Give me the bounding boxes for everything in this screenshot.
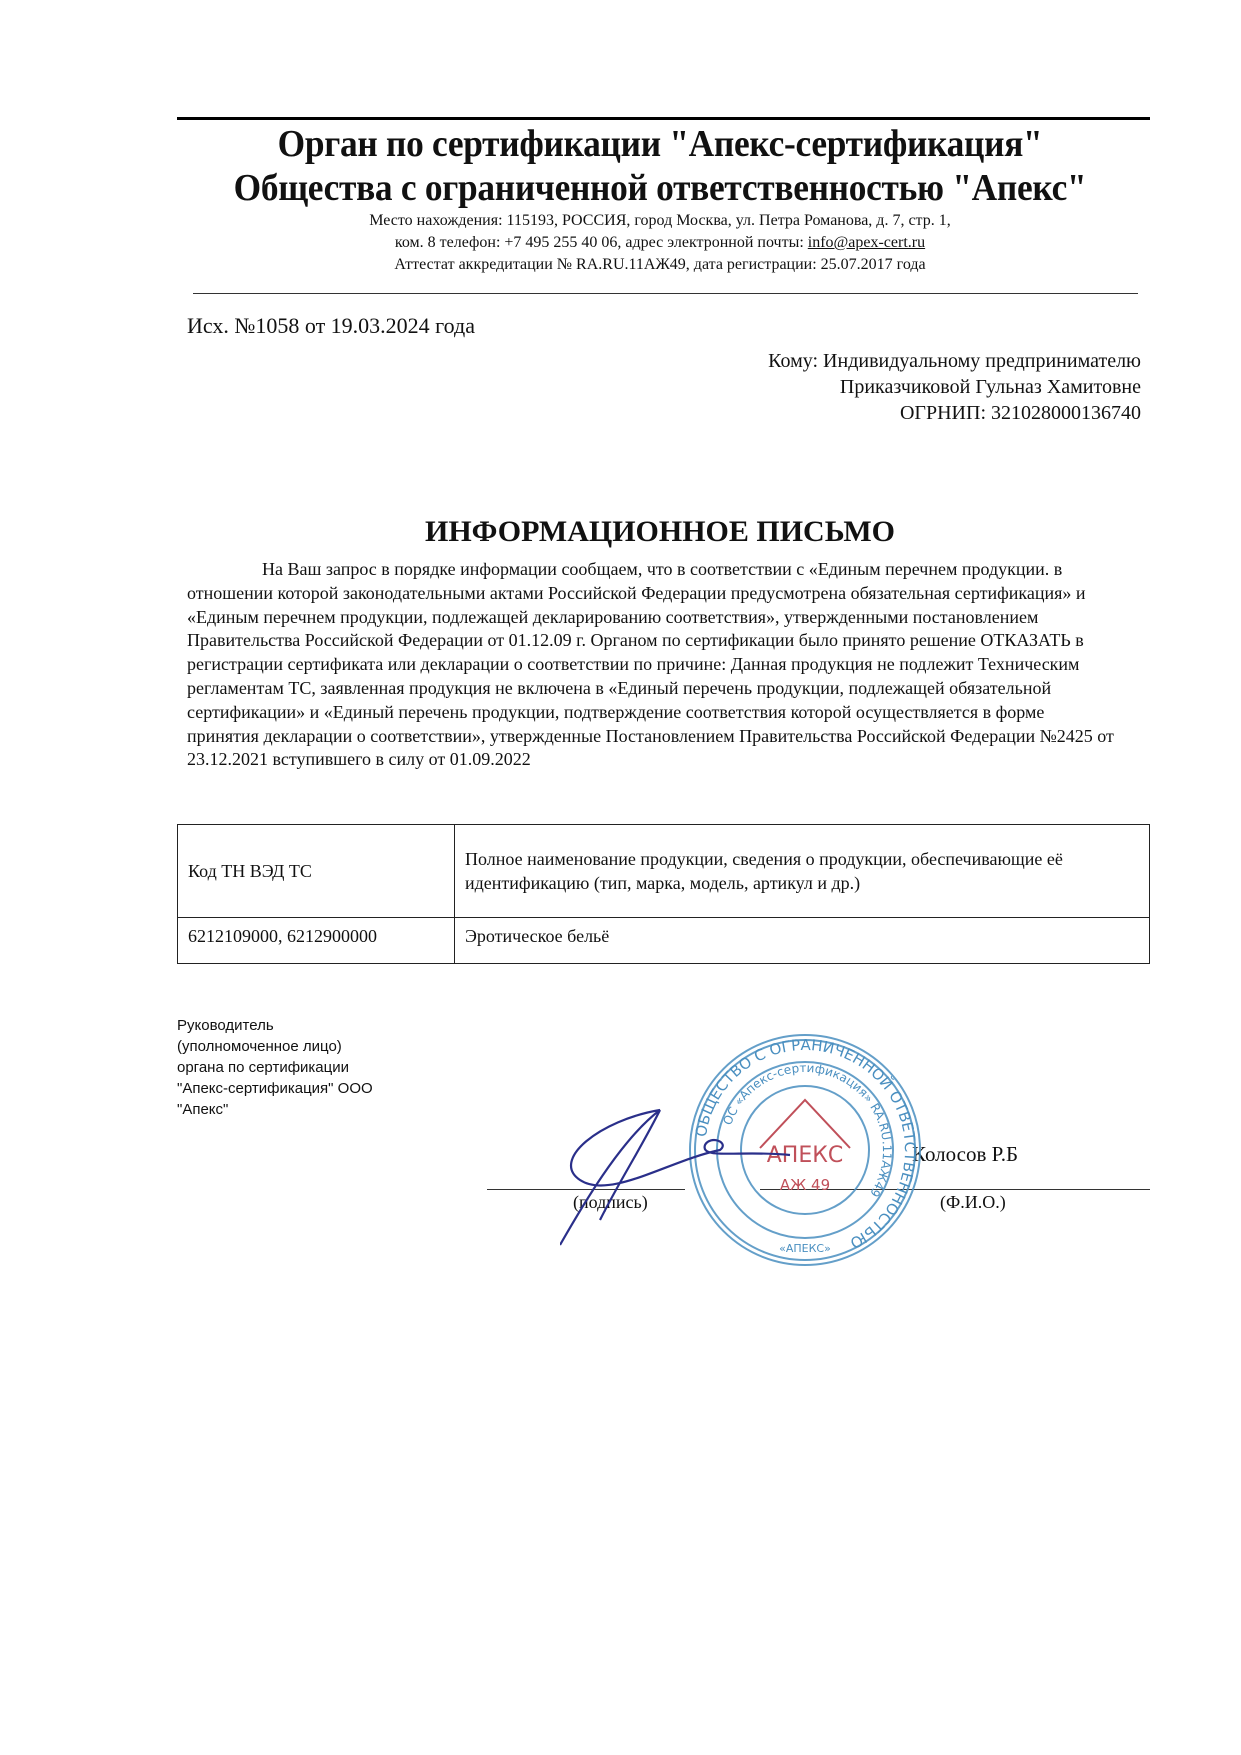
- signer-name: Колосов Р.Б: [912, 1142, 1018, 1167]
- table-row: 6212109000, 6212900000 Эротическое бельё: [178, 918, 1150, 964]
- table-header-row: Код ТН ВЭД ТС Полное наименование продук…: [178, 825, 1150, 918]
- signer-line: органа по сертификации: [177, 1057, 373, 1078]
- letter-body-text: На Ваш запрос в порядке информации сообщ…: [187, 559, 1114, 769]
- contact-line: ком. 8 телефон: +7 495 255 40 06, адрес …: [170, 232, 1150, 254]
- signer-line: (уполномоченное лицо): [177, 1036, 373, 1057]
- outgoing-number: Исх. №1058 от 19.03.2024 года: [187, 313, 475, 339]
- letter-body: На Ваш запрос в порядке информации сообщ…: [187, 558, 1117, 772]
- recipient-block: Кому: Индивидуальному предпринимателю Пр…: [768, 348, 1141, 426]
- signer-line: "Апекс": [177, 1099, 373, 1120]
- header-top-rule: [177, 117, 1150, 120]
- address-line: Место нахождения: 115193, РОССИЯ, город …: [170, 210, 1150, 232]
- contact-prefix: ком. 8 телефон: +7 495 255 40 06, адрес …: [395, 234, 808, 251]
- cell-product: Эротическое бельё: [455, 918, 1150, 964]
- recipient-line: ОГРНИП: 321028000136740: [768, 400, 1141, 426]
- recipient-line: Кому: Индивидуальному предпринимателю: [768, 348, 1141, 374]
- header-separator: [193, 293, 1138, 294]
- document-title: ИНФОРМАЦИОННОЕ ПИСЬМО: [170, 515, 1150, 549]
- cell-code: 6212109000, 6212900000: [178, 918, 455, 964]
- recipient-line: Приказчиковой Гульназ Хамитовне: [768, 374, 1141, 400]
- header-cell-name: Полное наименование продукции, сведения …: [455, 825, 1150, 918]
- signer-title: Руководитель (уполномоченное лицо) орган…: [177, 1015, 373, 1120]
- signer-line: "Апекс-сертификация" ООО: [177, 1078, 373, 1099]
- accreditation-line: Аттестат аккредитации № RA.RU.11АЖ49, да…: [170, 254, 1150, 276]
- products-table: Код ТН ВЭД ТС Полное наименование продук…: [177, 824, 1150, 964]
- email-link[interactable]: info@apex-cert.ru: [808, 234, 925, 251]
- header-cell-code: Код ТН ВЭД ТС: [178, 825, 455, 918]
- org-title-line2: Общества с ограниченной ответственностью…: [204, 166, 1115, 210]
- org-title-line1: Орган по сертификации "Апекс-сертификаци…: [204, 122, 1115, 166]
- name-caption: (Ф.И.О.): [940, 1192, 1006, 1213]
- signature-icon: [560, 1100, 820, 1250]
- signer-line: Руководитель: [177, 1015, 373, 1036]
